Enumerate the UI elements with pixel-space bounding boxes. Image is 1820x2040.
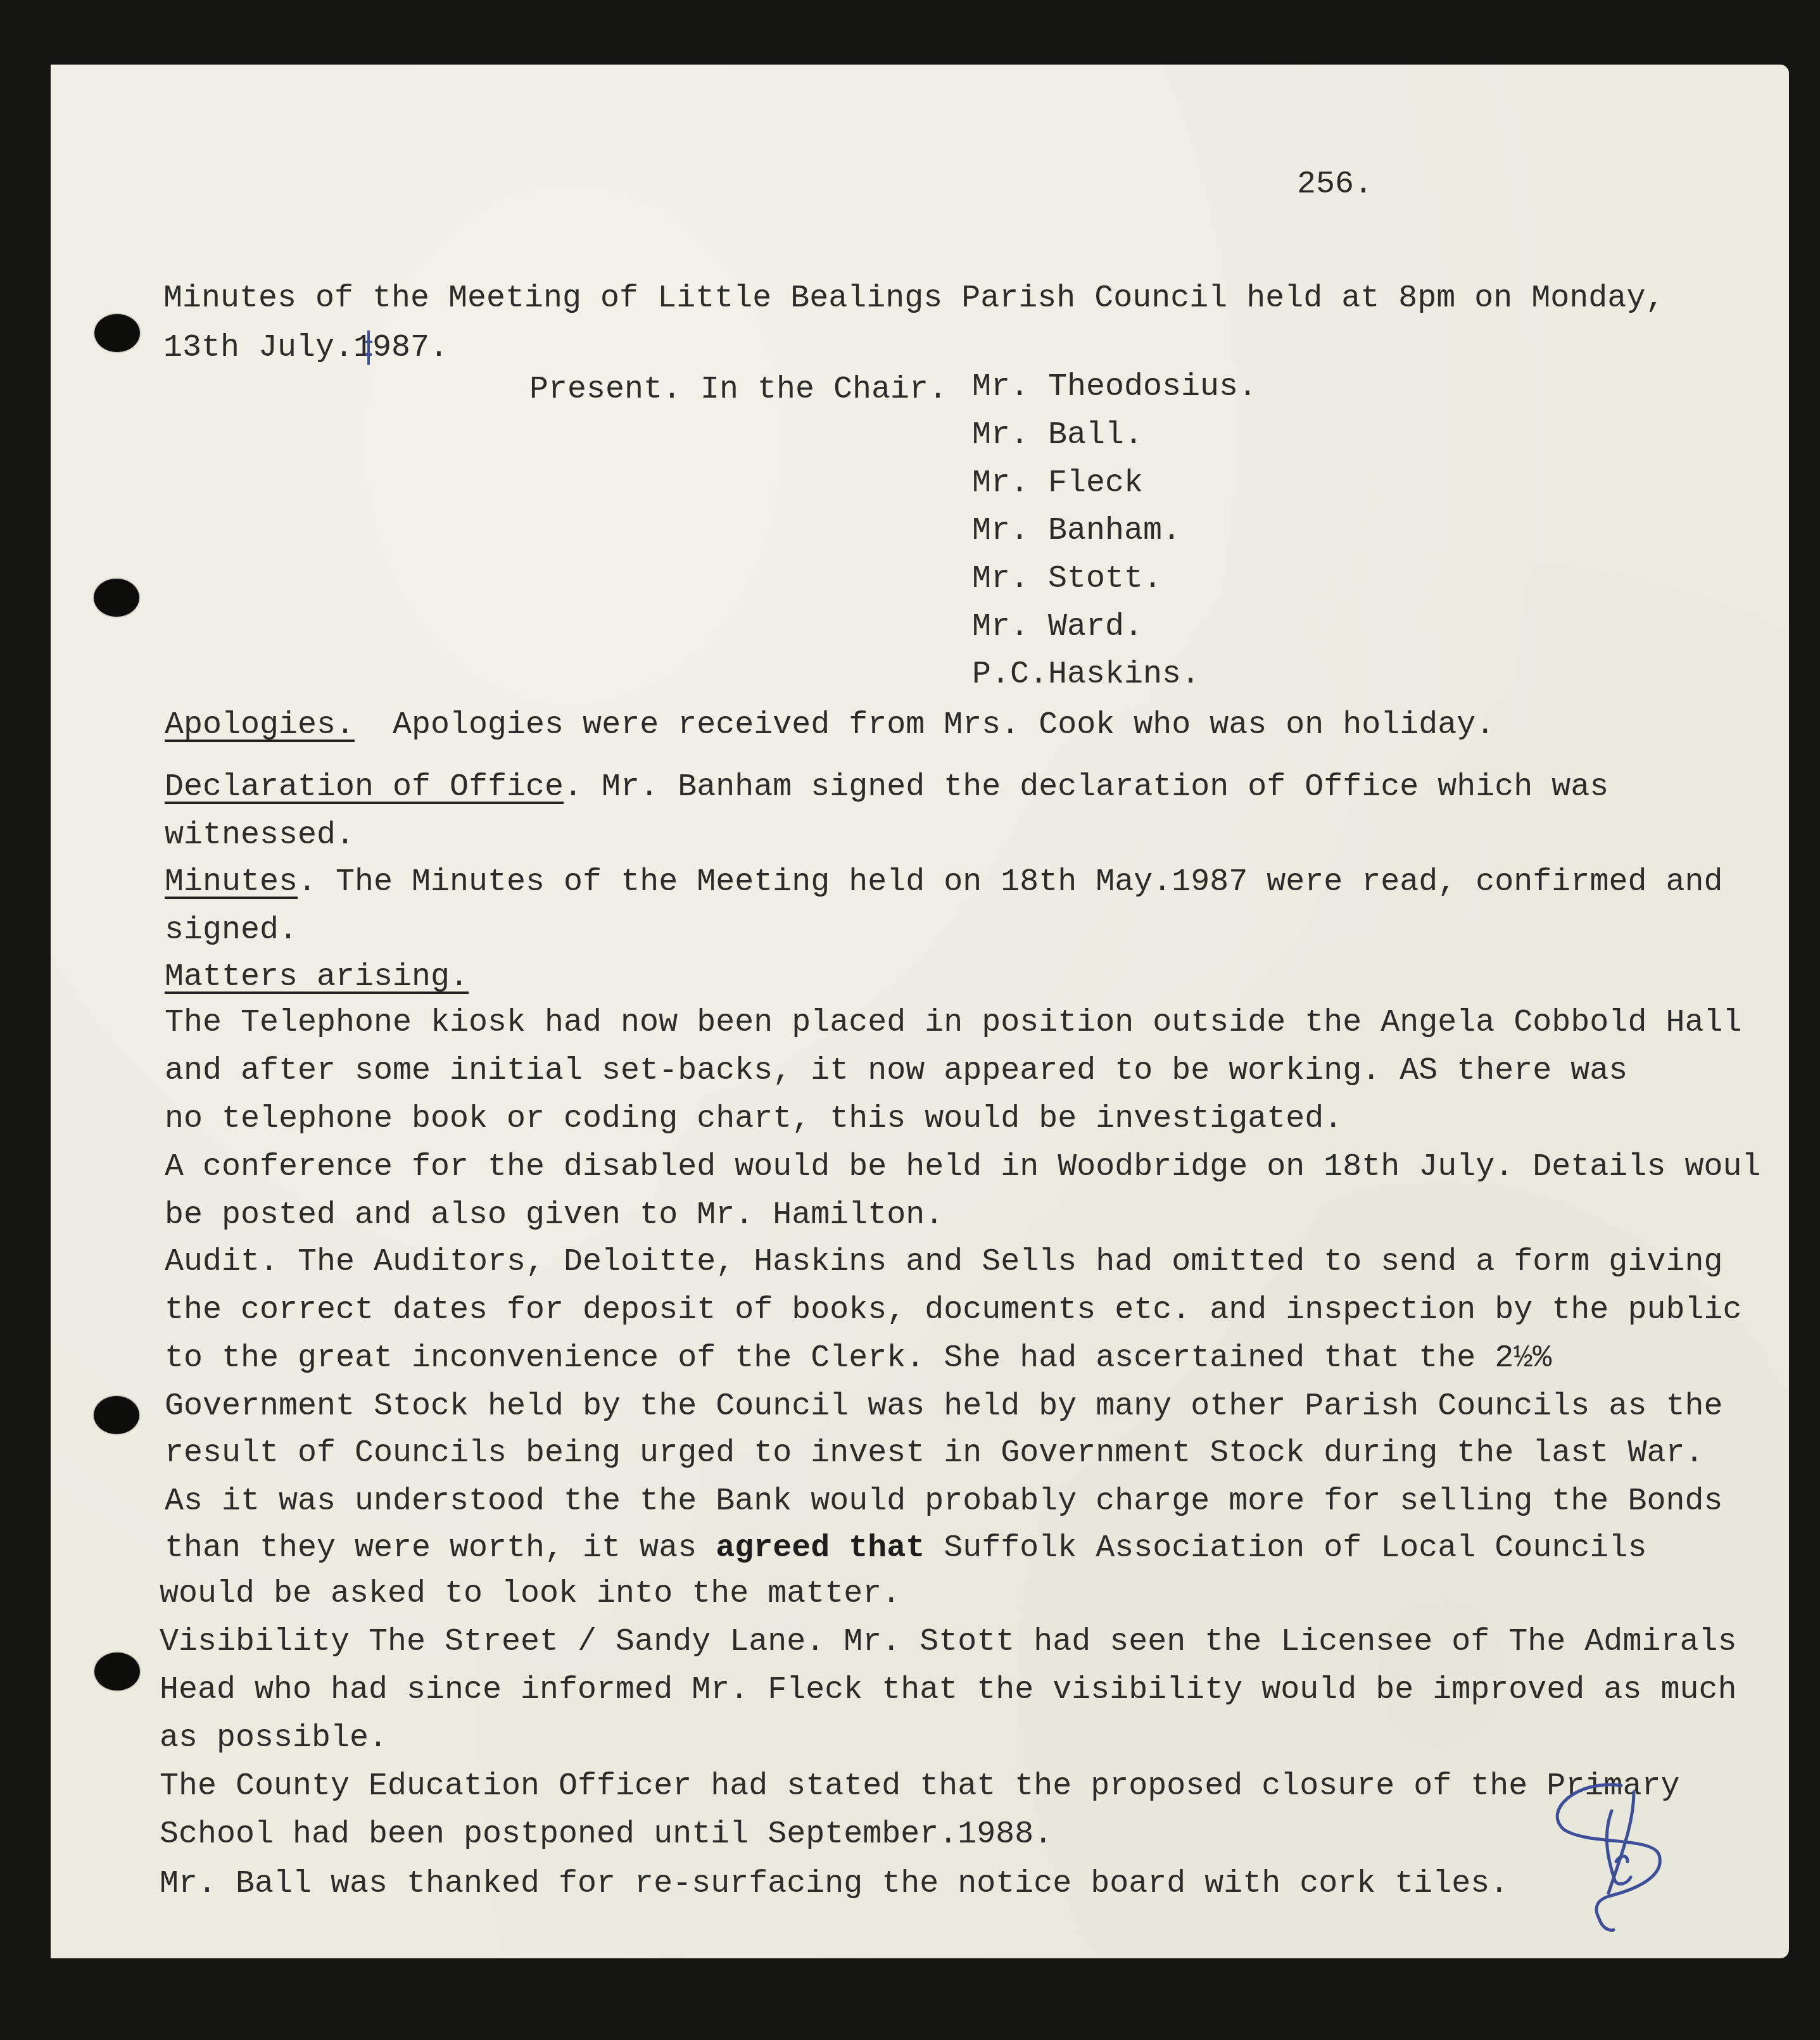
declaration-heading: Declaration of Office xyxy=(165,769,564,805)
matters-line: Government Stock held by the Council was… xyxy=(165,1388,1722,1426)
page-number: 256. xyxy=(1297,166,1373,204)
overstrike-agreed-that: agreed that xyxy=(716,1530,925,1566)
member-ball: Mr. Ball. xyxy=(972,417,1143,455)
member-stott: Mr. Stott. xyxy=(972,560,1162,598)
declaration-text: . Mr. Banham signed the declaration of O… xyxy=(564,769,1608,805)
declaration-line: Declaration of Office. Mr. Banham signed… xyxy=(165,769,1608,807)
punch-hole xyxy=(94,579,139,617)
ink-correction-mark xyxy=(360,329,379,367)
minutes-heading: Minutes xyxy=(165,864,298,900)
declaration-line-2: witnessed. xyxy=(165,817,355,855)
matters-line-text: Suffolk Association of Local Councils xyxy=(925,1530,1646,1566)
matters-line: no telephone book or coding chart, this … xyxy=(165,1100,1343,1138)
member-fleck: Mr. Fleck xyxy=(972,465,1143,503)
matters-line: and after some initial set-backs, it now… xyxy=(165,1052,1627,1090)
member-theodosius: Mr. Theodosius. xyxy=(972,368,1257,406)
minutes-text: . The Minutes of the Meeting held on 18t… xyxy=(298,864,1722,900)
matters-line: the correct dates for deposit of books, … xyxy=(165,1292,1741,1330)
signature-initials xyxy=(1539,1773,1703,1937)
apologies-heading: Apologies. xyxy=(165,707,355,743)
matters-line: to the great inconvenience of the Clerk.… xyxy=(165,1340,1551,1378)
matters-line: would be asked to look into the matter. xyxy=(160,1575,901,1613)
punch-hole xyxy=(94,1653,140,1691)
matters-line: Audit. The Auditors, Deloitte, Haskins a… xyxy=(165,1244,1722,1281)
matters-line-text: than they were worth, it was xyxy=(165,1530,716,1566)
document-page: 256. Minutes of the Meeting of Little Be… xyxy=(51,65,1789,1958)
apologies-line: Apologies. Apologies were received from … xyxy=(165,707,1495,745)
minutes-title: Minutes of the Meeting of Little Bealing… xyxy=(163,280,1664,318)
member-haskins: P.C.Haskins. xyxy=(972,656,1200,694)
matters-line: Head who had since informed Mr. Fleck th… xyxy=(160,1672,1736,1709)
matters-line: The County Education Officer had stated … xyxy=(160,1768,1679,1806)
matters-line: as possible. xyxy=(160,1720,388,1758)
matters-line: Visibility The Street / Sandy Lane. Mr. … xyxy=(160,1623,1736,1661)
apologies-text: Apologies were received from Mrs. Cook w… xyxy=(355,707,1495,743)
minutes-line: Minutes. The Minutes of the Meeting held… xyxy=(165,864,1722,902)
matters-line: A conference for the disabled would be h… xyxy=(165,1149,1760,1187)
matters-line: than they were worth, it was agreed that… xyxy=(165,1530,1646,1568)
matters-line: be posted and also given to Mr. Hamilton… xyxy=(165,1197,944,1235)
minutes-line-2: signed. xyxy=(165,912,298,950)
minutes-date: 13th July.1987. xyxy=(163,329,448,367)
member-ward: Mr. Ward. xyxy=(972,608,1143,646)
member-banham: Mr. Banham. xyxy=(972,512,1181,550)
present-label: Present. In the Chair. xyxy=(529,371,947,409)
matters-line: School had been postponed until Septembe… xyxy=(160,1816,1052,1854)
matters-line: As it was understood the the Bank would … xyxy=(165,1483,1722,1521)
punch-hole xyxy=(94,1396,139,1434)
matters-arising-heading: Matters arising. xyxy=(165,959,469,997)
matters-line: The Telephone kiosk had now been placed … xyxy=(165,1004,1741,1042)
punch-hole xyxy=(94,314,140,352)
matters-line: result of Councils being urged to invest… xyxy=(165,1435,1703,1473)
matters-line: Mr. Ball was thanked for re-surfacing th… xyxy=(160,1865,1508,1903)
